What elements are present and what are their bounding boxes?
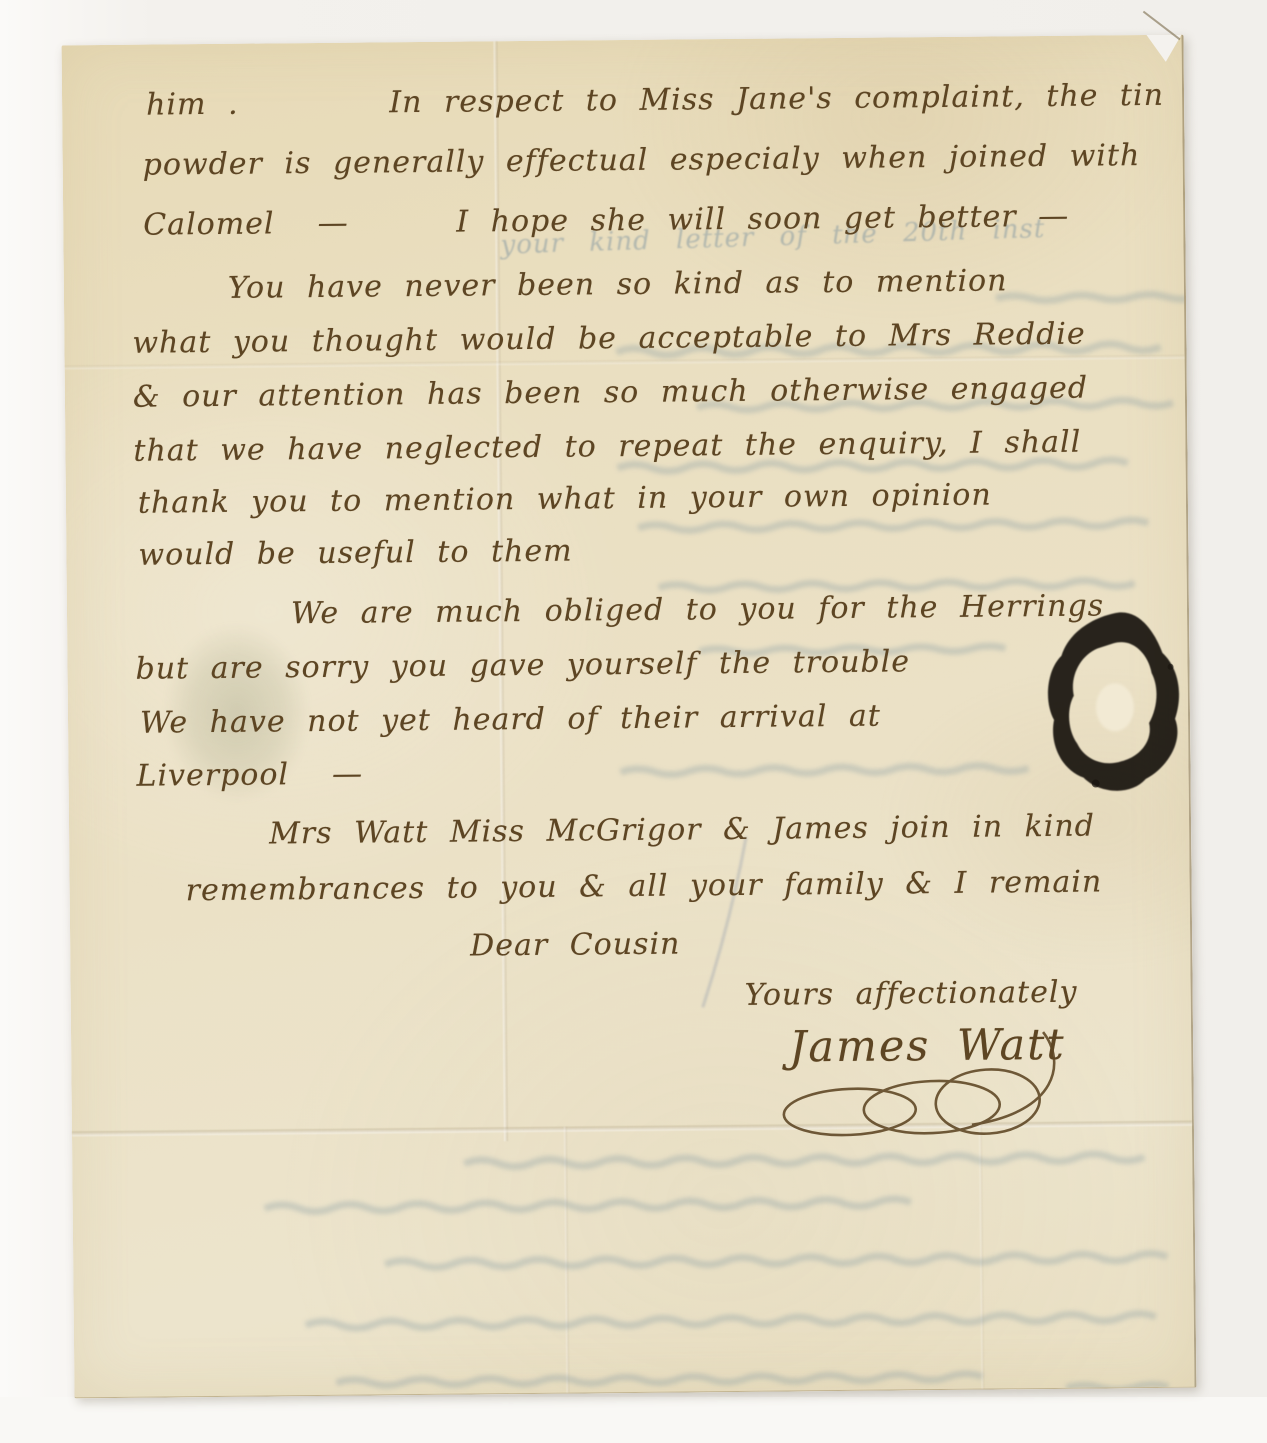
scanner-bed xyxy=(0,1397,1267,1443)
seal-speck xyxy=(1092,779,1100,787)
letter-line-1: him . In respect to Miss Jane's complain… xyxy=(146,81,1164,121)
seal-blot-torn-centre xyxy=(1096,683,1134,731)
bleed-through-stroke xyxy=(996,294,1194,301)
letter-line-15: remembrances to you & all your family & … xyxy=(186,867,1103,906)
letter-line-9: would be useful to them xyxy=(138,537,572,571)
letter-line-12: We have not yet heard of their arrival a… xyxy=(140,702,881,739)
fold-crease-vertical-lower xyxy=(564,1127,570,1393)
letter-line-14: Mrs Watt Miss McGrigor & James join in k… xyxy=(269,812,1095,850)
bleed-through-stroke xyxy=(621,765,1029,775)
seal-speck xyxy=(1168,664,1174,670)
folded-corner xyxy=(1143,35,1181,62)
letter-line-2: powder is generally effectual especialy … xyxy=(143,141,1141,181)
bleed-through-stroke xyxy=(1066,1384,1168,1390)
bleed-through-stroke xyxy=(464,1154,1144,1168)
bleed-through-stroke xyxy=(265,1199,911,1212)
bleed-through-stroke xyxy=(385,1253,1167,1268)
scanned-letter: your kind letter of the 20th inst him . … xyxy=(0,0,1267,1443)
pencil-mark xyxy=(701,837,748,1007)
letter-line-10: We are much obliged to you for the Herri… xyxy=(291,591,1104,629)
letter-line-8: thank you to mention what in your own op… xyxy=(138,481,992,519)
letter-line-17: Yours affectionately xyxy=(745,978,1078,1011)
bleed-through-stroke xyxy=(336,1374,982,1386)
letter-line-3: Calomel — I hope she will soon get bette… xyxy=(143,202,1069,241)
letter-page: your kind letter of the 20th inst him . … xyxy=(62,35,1197,1399)
seal-blot xyxy=(1042,607,1190,804)
bleed-through-stroke xyxy=(638,520,1148,531)
letter-line-7: that we have neglected to repeat the enq… xyxy=(133,428,1081,467)
letter-line-5: what you thought would be acceptable to … xyxy=(132,320,1086,359)
letter-line-13: Liverpool — xyxy=(136,760,363,792)
letter-body: him . In respect to Miss Jane's complain… xyxy=(62,35,1182,46)
bleed-through-stroke xyxy=(306,1313,1156,1328)
letter-line-16: Dear Cousin xyxy=(470,930,680,962)
letter-line-6: & our attention has been so much otherwi… xyxy=(133,374,1088,413)
letter-line-4: You have never been so kind as to mentio… xyxy=(228,266,1008,303)
signature-flourish xyxy=(771,1054,1092,1147)
fold-crease-vertical-lower2 xyxy=(979,1123,985,1389)
letter-line-11: but are sorry you gave yourself the trou… xyxy=(135,647,910,684)
